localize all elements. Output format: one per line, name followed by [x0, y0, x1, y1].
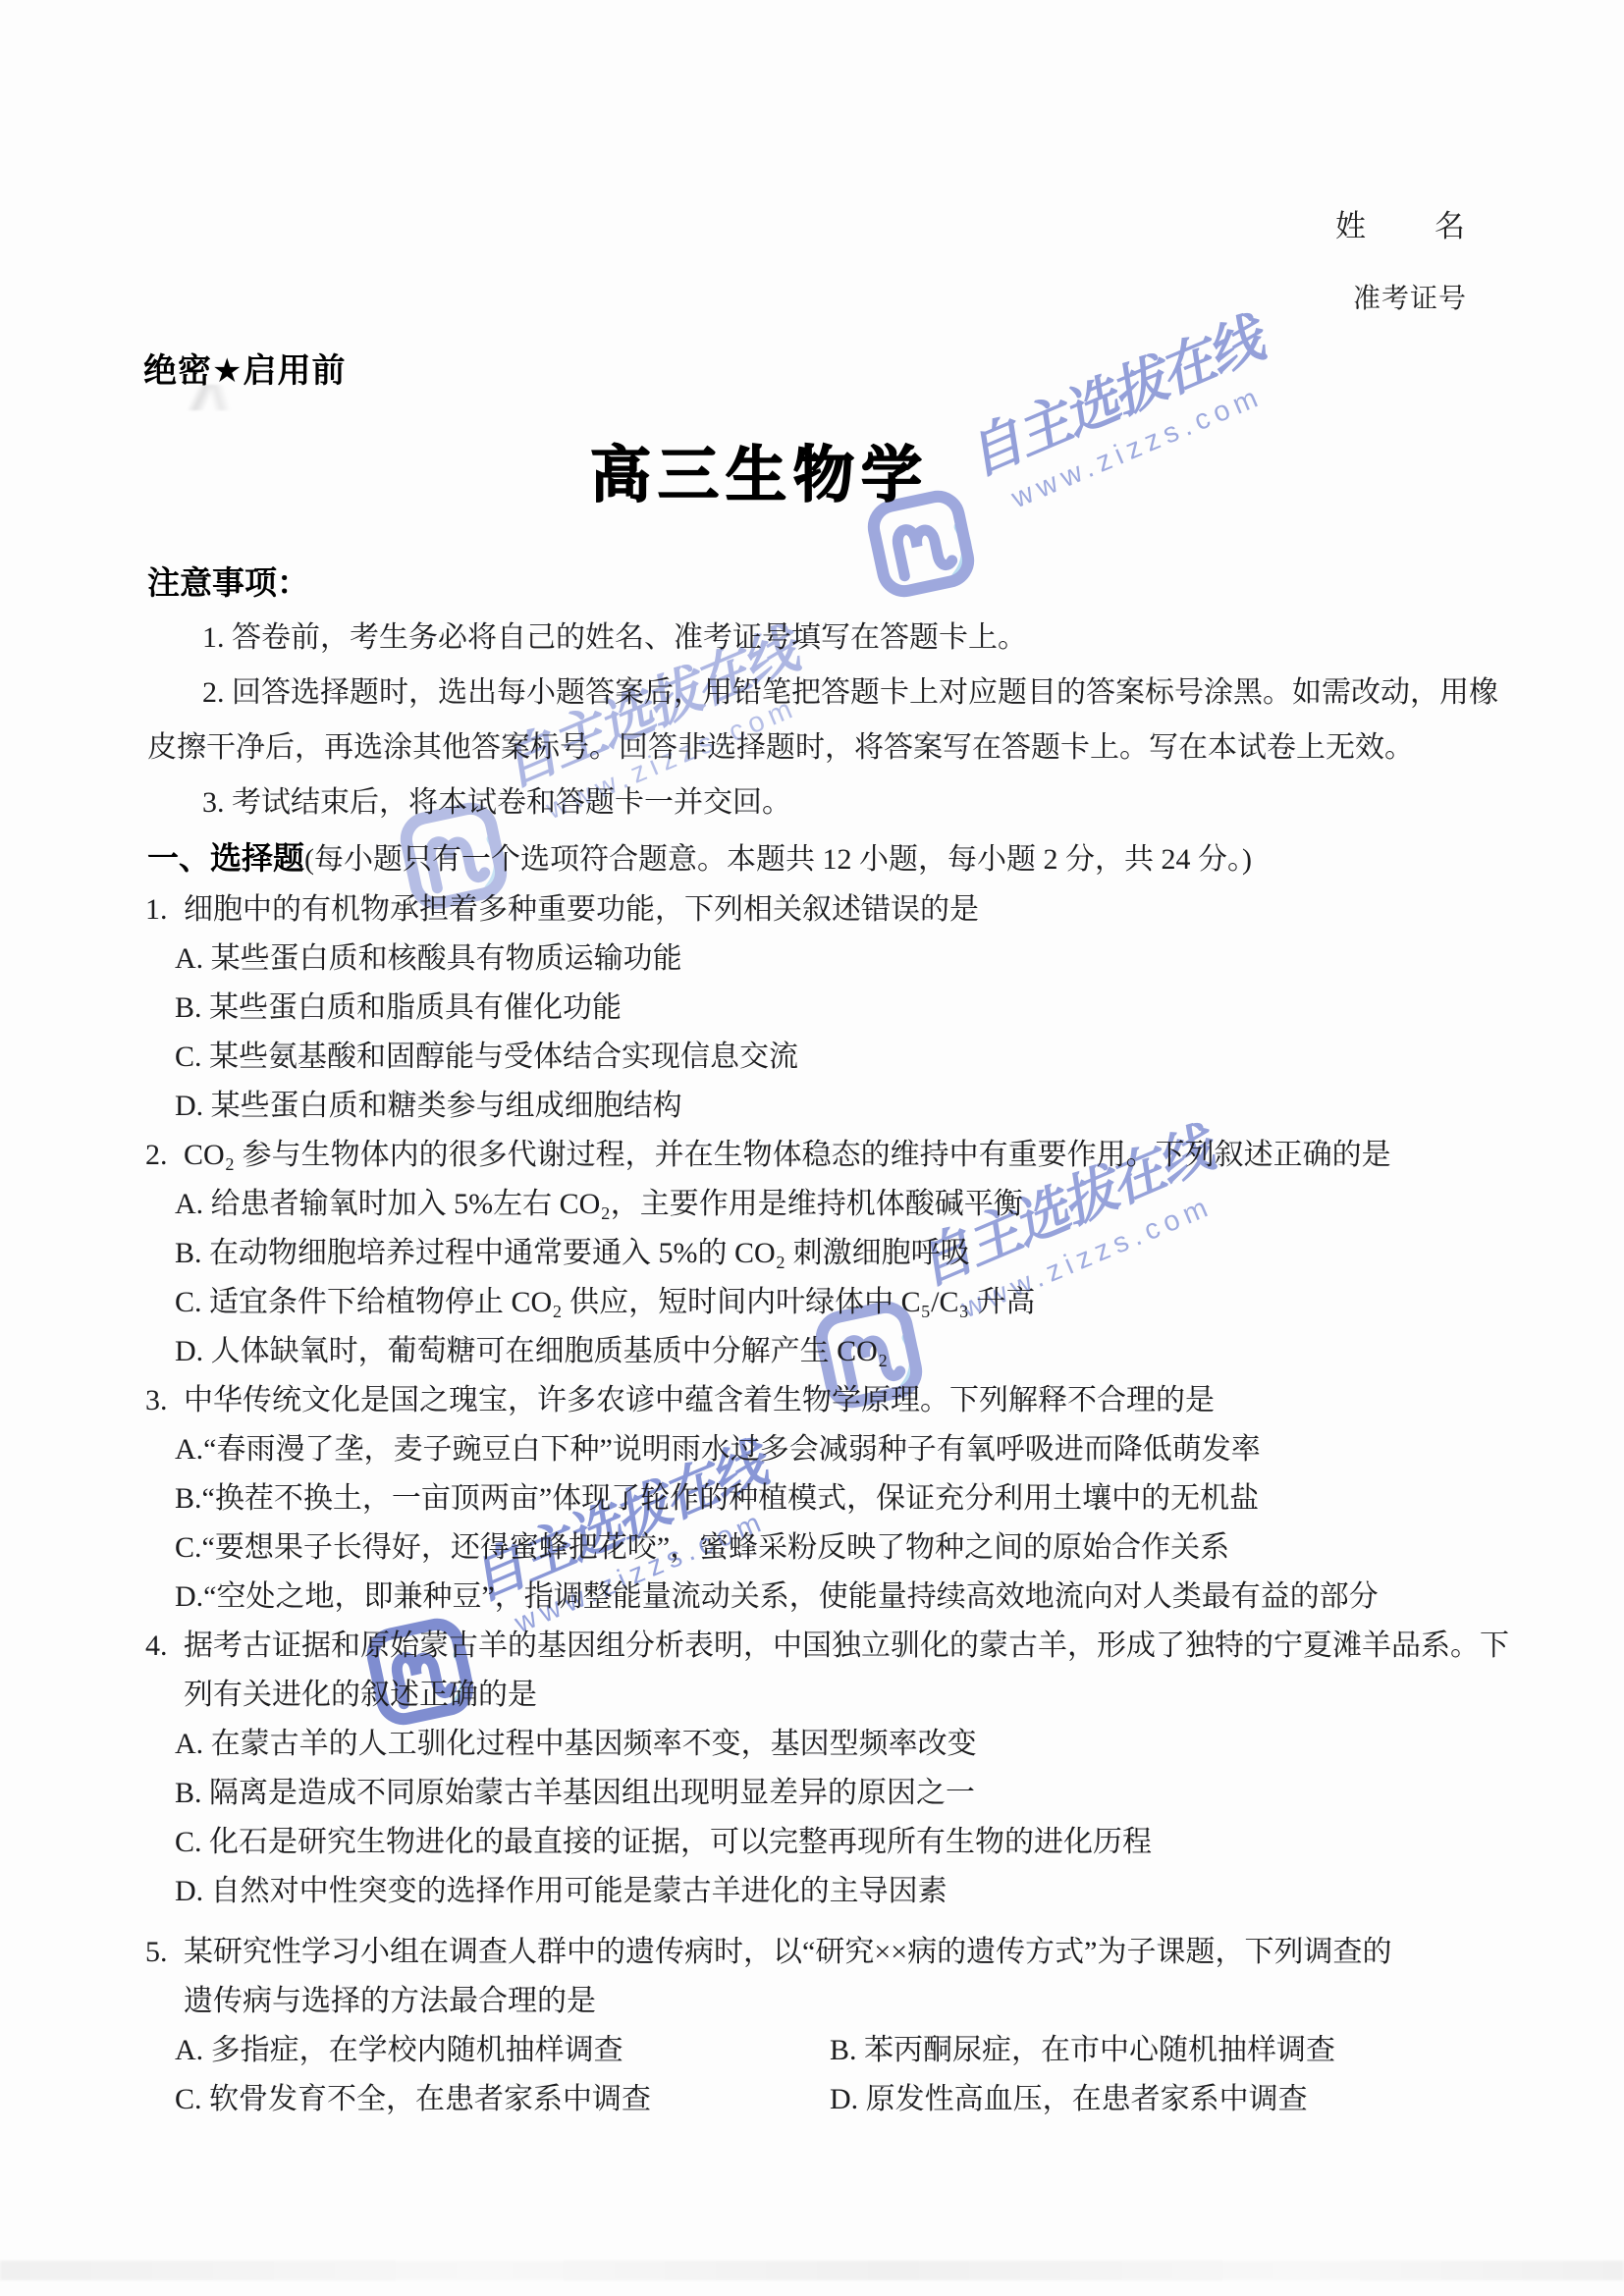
option-d: D. 自然对中性突变的选择作用可能是蒙古羊进化的主导因素 — [175, 1867, 1534, 1916]
question-number: 5. — [145, 1928, 168, 1977]
question-number: 3. — [145, 1376, 168, 1425]
question-1: 1.细胞中的有机物承担着多种重要功能，下列相关叙述错误的是 A. 某些蛋白质和核… — [147, 885, 1534, 1131]
exam-page: 自主选拔在线 www.zizzs.com 自主选拔在线 www.zizzs.co… — [0, 0, 1624, 2296]
watermark-url-text: www.zizzs.com — [1007, 373, 1286, 515]
option-a: A.“春雨漫了垄，麦子豌豆白下种”说明雨水过多会减弱种子有氧呼吸进而降低萌发率 — [175, 1425, 1534, 1474]
watermark-brand: 自主选拔在线 www.zizzs.com — [953, 297, 1285, 525]
note-item-1: 1. 答卷前，考生务必将自己的姓名、准考证号填写在答题卡上。 — [147, 611, 1534, 666]
option-b: B. 在动物细胞培养过程中通常要通入 5%的 CO₂ 刺激细胞呼吸 — [175, 1229, 1534, 1278]
option-b: B. 某些蛋白质和脂质具有催化功能 — [175, 984, 1534, 1033]
section-heading-note: (每小题只有一个选项符合题意。本题共 12 小题，每小题 2 分，共 24 分。… — [304, 843, 1252, 876]
question-number: 1. — [145, 885, 168, 934]
exam-content: 注意事项： 1. 答卷前，考生务必将自己的姓名、准考证号填写在答题卡上。 2. … — [147, 556, 1534, 2124]
question-stem-text: CO₂ 参与生物体内的很多代谢过程，并在生物体稳态的维持中有重要作用。下列叙述正… — [184, 1139, 1391, 1171]
question-number: 4. — [145, 1622, 168, 1671]
name-label-left: 姓 — [1335, 201, 1366, 245]
option-a: A. 某些蛋白质和核酸具有物质运输功能 — [175, 934, 1534, 984]
admission-number-label: 准考证号 — [1353, 277, 1467, 316]
note-item-2-line-2: 皮擦干净后，再选涂其他答案标号。回答非选择题时，将答案写在答题卡上。写在本试卷上… — [147, 721, 1534, 775]
option-d: D. 原发性高血压，在患者家系中调查 — [830, 2075, 1308, 2124]
question-4: 4.据考古证据和原始蒙古羊的基因组分析表明，中国独立驯化的蒙古羊，形成了独特的宁… — [147, 1622, 1534, 1916]
question-stem-text: 细胞中的有机物承担着多种重要功能，下列相关叙述错误的是 — [184, 893, 979, 926]
note-item-2-line-1: 2. 回答选择题时，选出每小题答案后，用铅笔把答题卡上对应题目的答案标号涂黑。如… — [147, 666, 1534, 721]
option-c: C. 适宜条件下给植物停止 CO₂ 供应，短时间内叶绿体中 C₅/C₃ 升高 — [175, 1278, 1534, 1327]
question-stem-continued: 遗传病与选择的方法最合理的是 — [184, 1977, 1534, 2026]
secrecy-notice: 绝密★启用前 — [143, 344, 346, 392]
option-d: D.“空处之地，即兼种豆”，指调整能量流动关系，使能量持续高效地流向对人类最有益… — [175, 1573, 1534, 1622]
section-heading: 一、选择题(每小题只有一个选项符合题意。本题共 12 小题，每小题 2 分，共 … — [147, 832, 1534, 885]
question-stem: 4.据考古证据和原始蒙古羊的基因组分析表明，中国独立驯化的蒙古羊，形成了独特的宁… — [184, 1622, 1534, 1671]
option-b: B. 苯丙酮尿症，在市中心随机抽样调查 — [830, 2026, 1335, 2075]
question-stem: 2.CO₂ 参与生物体内的很多代谢过程，并在生物体稳态的维持中有重要作用。下列叙… — [184, 1131, 1534, 1180]
question-stem-continued: 列有关进化的叙述正确的是 — [184, 1671, 1534, 1720]
candidate-name-label: 姓 名 — [1335, 201, 1465, 245]
section-heading-title: 一、选择题 — [147, 840, 304, 876]
watermark-brand-text: 自主选拔在线 — [953, 297, 1272, 492]
option-row-ab: A. 多指症，在学校内随机抽样调查 B. 苯丙酮尿症，在市中心随机抽样调查 — [175, 2026, 1534, 2075]
option-c: C. 化石是研究生物进化的最直接的证据，可以完整再现所有生物的进化历程 — [175, 1818, 1534, 1867]
option-row-cd: C. 软骨发育不全，在患者家系中调查 D. 原发性高血压，在患者家系中调查 — [175, 2075, 1534, 2124]
notes-heading: 注意事项： — [147, 556, 1534, 611]
question-stem-text: 中华传统文化是国之瑰宝，许多农谚中蕴含着生物学原理。下列解释不合理的是 — [184, 1384, 1215, 1416]
question-5: 5.某研究性学习小组在调查人群中的遗传病时，以“研究××病的遗传方式”为子课题，… — [147, 1928, 1534, 2124]
note-item-3: 3. 考试结束后，将本试卷和答题卡一并交回。 — [147, 775, 1534, 830]
option-a: A. 多指症，在学校内随机抽样调查 — [175, 2026, 830, 2075]
option-a: A. 给患者输氧时加入 5%左右 CO₂，主要作用是维持机体酸碱平衡 — [175, 1180, 1534, 1229]
option-d: D. 某些蛋白质和糖类参与组成细胞结构 — [175, 1082, 1534, 1131]
question-stem-text: 据考古证据和原始蒙古羊的基因组分析表明，中国独立驯化的蒙古羊，形成了独特的宁夏滩… — [184, 1629, 1509, 1662]
option-c: C. 软骨发育不全，在患者家系中调查 — [175, 2075, 830, 2124]
option-b: B.“换茬不换土，一亩顶两亩”体现了轮作的种植模式，保证充分利用土壤中的无机盐 — [175, 1474, 1534, 1523]
name-label-right: 名 — [1435, 201, 1465, 245]
question-stem: 1.细胞中的有机物承担着多种重要功能，下列相关叙述错误的是 — [184, 885, 1534, 934]
question-3: 3.中华传统文化是国之瑰宝，许多农谚中蕴含着生物学原理。下列解释不合理的是 A.… — [147, 1376, 1534, 1622]
option-d: D. 人体缺氧时，葡萄糖可在细胞质基质中分解产生 CO₂ — [175, 1327, 1534, 1376]
page-title: 高三生物学 — [590, 426, 929, 513]
question-stem: 5.某研究性学习小组在调查人群中的遗传病时，以“研究××病的遗传方式”为子课题，… — [184, 1928, 1534, 1977]
option-c: C.“要想果子长得好，还得蜜蜂把花咬”，蜜蜂采粉反映了物种之间的原始合作关系 — [175, 1523, 1534, 1573]
option-b: B. 隔离是造成不同原始蒙古羊基因组出现明显差异的原因之一 — [175, 1769, 1534, 1818]
scan-band — [0, 2261, 1624, 2280]
option-a: A. 在蒙古羊的人工驯化过程中基因频率不变，基因型频率改变 — [175, 1720, 1534, 1769]
option-c: C. 某些氨基酸和固醇能与受体结合实现信息交流 — [175, 1033, 1534, 1082]
question-stem-text: 某研究性学习小组在调查人群中的遗传病时，以“研究××病的遗传方式”为子课题，下列… — [184, 1936, 1391, 1968]
question-stem: 3.中华传统文化是国之瑰宝，许多农谚中蕴含着生物学原理。下列解释不合理的是 — [184, 1376, 1534, 1425]
question-2: 2.CO₂ 参与生物体内的很多代谢过程，并在生物体稳态的维持中有重要作用。下列叙… — [147, 1131, 1534, 1376]
question-number: 2. — [145, 1131, 168, 1180]
